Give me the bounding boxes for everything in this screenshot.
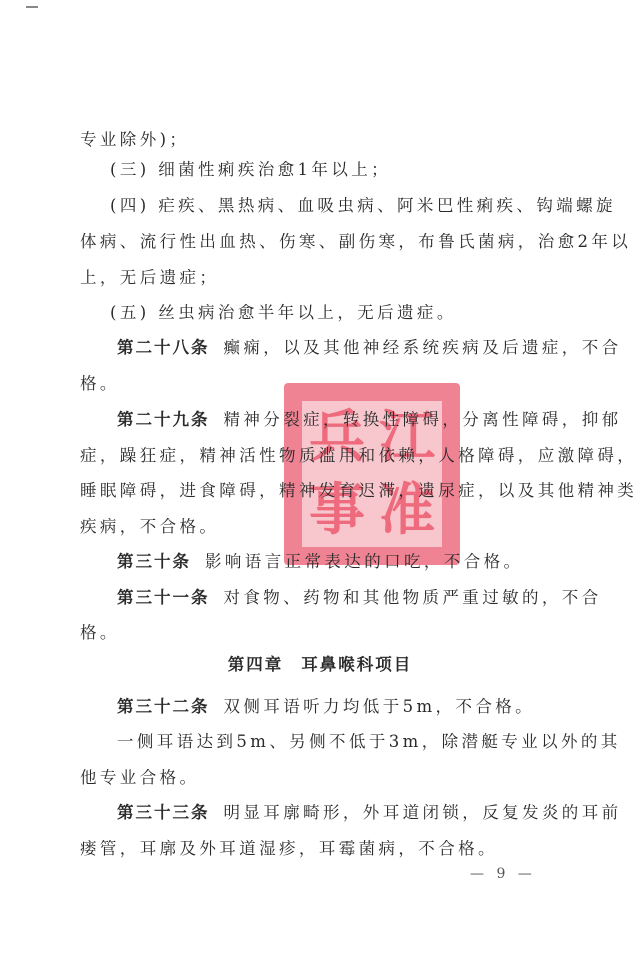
paragraph-line: 他专业合格。 xyxy=(80,768,199,788)
article-33: 第三十三条明显耳廓畸形，外耳道闭锁，反复发炎的耳前 xyxy=(117,803,622,823)
article-label: 第二十八条 xyxy=(117,338,210,357)
paragraph-line: (三) 细菌性痢疾治愈1年以上； xyxy=(110,160,391,180)
article-label: 第三十一条 xyxy=(117,588,210,607)
paragraph-line: 体病、流行性出血热、伤寒、副伤寒，布鲁氏菌病，治愈2年以 xyxy=(80,232,631,252)
paragraph-line: 格。 xyxy=(80,623,120,643)
article-31: 第三十一条对食物、药物和其他物质严重过敏的，不合 xyxy=(117,588,602,608)
paragraph-line: 疾病，不合格。 xyxy=(80,517,219,537)
paragraph-line: 专业除外)； xyxy=(80,130,189,150)
article-label: 第二十九条 xyxy=(117,410,210,429)
article-label: 第三十三条 xyxy=(117,803,210,822)
paragraph-line: 睡眠障碍，进食障碍，精神发育迟滞，遗尿症，以及其他精神类 xyxy=(80,481,637,501)
paragraph-line: 症，躁狂症，精神活性物质滥用和依赖，人格障碍，应激障碍， xyxy=(80,446,637,466)
article-30: 第三十条影响语言正常表达的口吃，不合格。 xyxy=(117,552,523,572)
article-text: 明显耳廓畸形，外耳道闭锁，反复发炎的耳前 xyxy=(224,803,622,822)
paragraph-line: 格。 xyxy=(80,374,120,394)
article-text: 对食物、药物和其他物质严重过敏的，不合 xyxy=(224,588,602,607)
document-page: 兵 江 事 准 专业除外)； (三) 细菌性痢疾治愈1年以上； (四) 疟疾、黑… xyxy=(0,0,640,958)
page-number: — 9 — xyxy=(470,866,536,882)
chapter-heading: 第四章耳鼻喉科项目 xyxy=(0,651,640,675)
article-text: 影响语言正常表达的口吃，不合格。 xyxy=(205,552,523,571)
paragraph-line: (五) 丝虫病治愈半年以上，无后遗症。 xyxy=(110,303,457,323)
article-label: 第三十条 xyxy=(117,552,191,571)
paragraph-line: 上，无后遗症； xyxy=(80,268,219,288)
article-28: 第二十八条癫痫，以及其他神经系统疾病及后遗症，不合 xyxy=(117,338,622,358)
chapter-number: 第四章 xyxy=(228,655,284,674)
article-29: 第二十九条精神分裂症，转换性障碍，分离性障碍，抑郁 xyxy=(117,410,622,430)
text-layer: 专业除外)； (三) 细菌性痢疾治愈1年以上； (四) 疟疾、黑热病、血吸虫病、… xyxy=(0,0,640,958)
paragraph-line: 一侧耳语达到5m、另侧不低于3m，除潜艇专业以外的其 xyxy=(117,732,621,752)
paragraph-line: 瘘管，耳廓及外耳道湿疹，耳霉菌病，不合格。 xyxy=(80,839,498,859)
article-label: 第三十二条 xyxy=(117,697,210,716)
article-text: 癫痫，以及其他神经系统疾病及后遗症，不合 xyxy=(224,338,622,357)
article-text: 双侧耳语听力均低于5m，不合格。 xyxy=(224,697,536,716)
paragraph-line: (四) 疟疾、黑热病、血吸虫病、阿米巴性痢疾、钩端螺旋 xyxy=(110,196,616,216)
article-text: 精神分裂症，转换性障碍，分离性障碍，抑郁 xyxy=(224,410,622,429)
chapter-title: 耳鼻喉科项目 xyxy=(301,655,412,674)
article-32: 第三十二条双侧耳语听力均低于5m，不合格。 xyxy=(117,697,535,717)
